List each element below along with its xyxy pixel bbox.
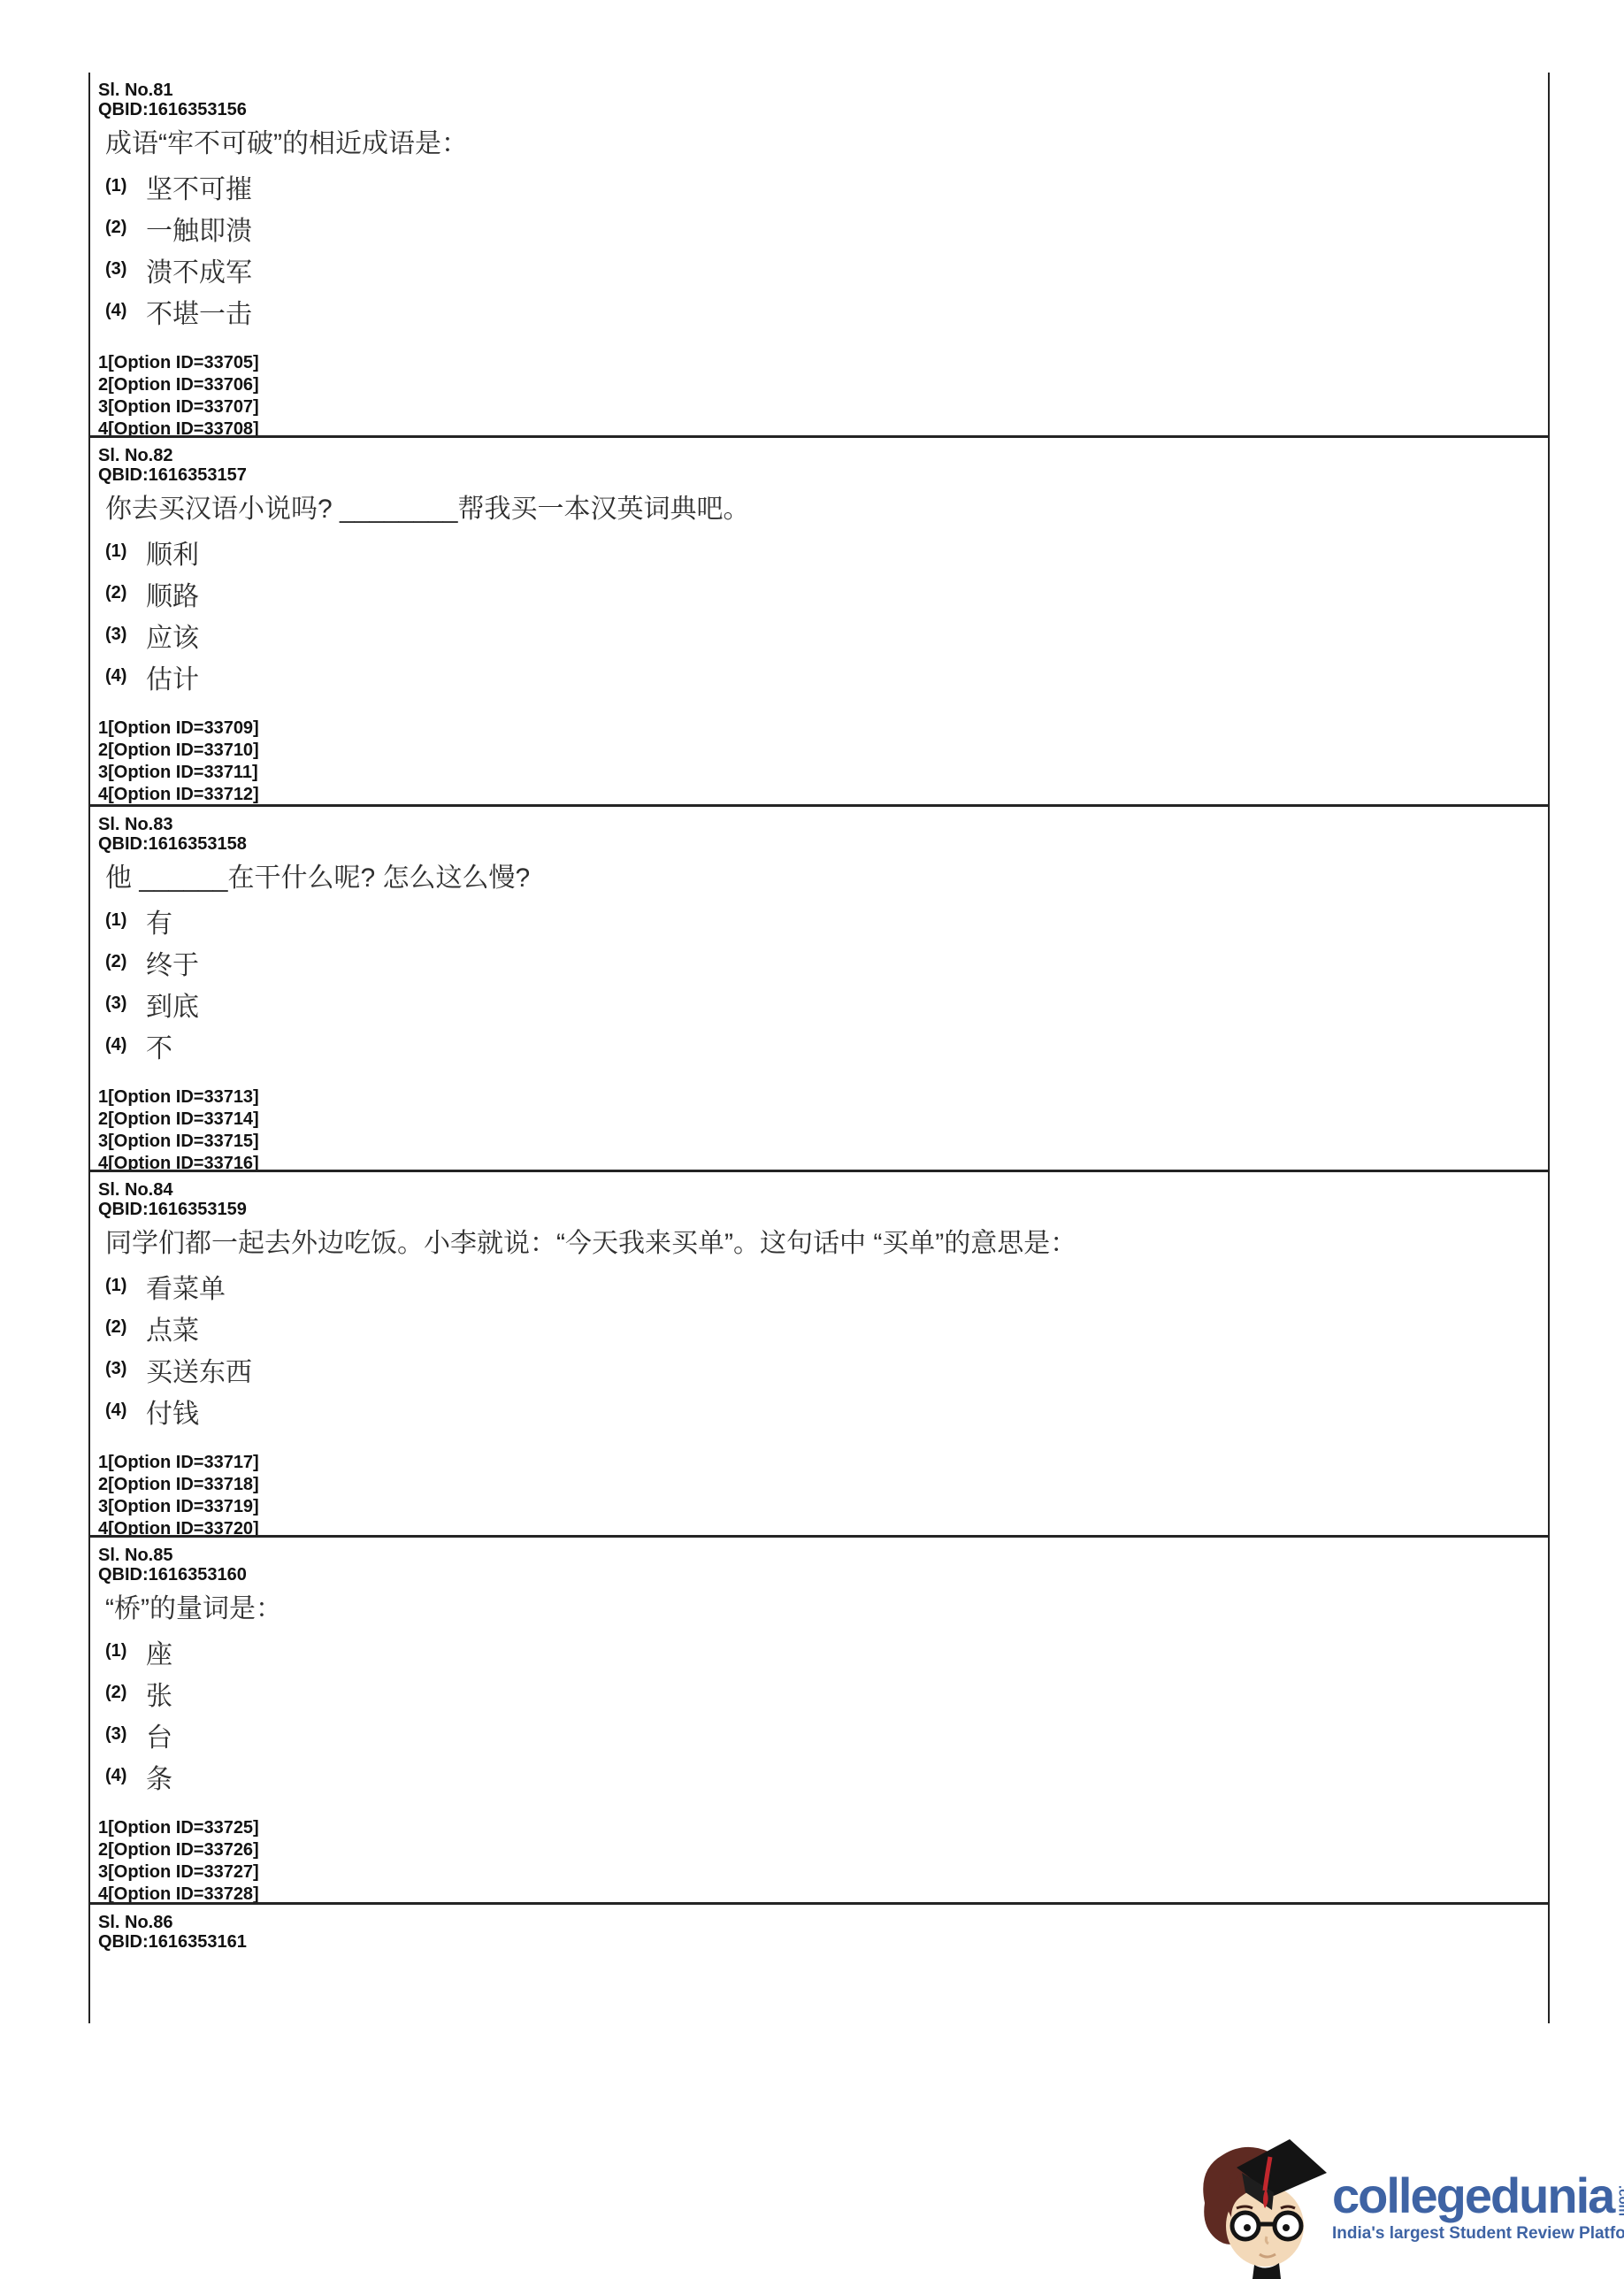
logo-text: collegedunia .com India's largest Studen… bbox=[1332, 2173, 1624, 2244]
options-list: (1)座 (2)张 (3)台 (4)条 bbox=[98, 1631, 1539, 1797]
brand-tld: .com bbox=[1615, 2185, 1624, 2216]
option-number: (4) bbox=[105, 666, 146, 687]
option-id: 4[Option ID=33728] bbox=[98, 1884, 1539, 1905]
option-number: (1) bbox=[105, 1641, 146, 1661]
serial-number: Sl. No.86 bbox=[98, 1913, 1539, 1932]
option-text: 付钱 bbox=[146, 1392, 199, 1431]
option-1: (1)坚不可摧 bbox=[98, 165, 1539, 207]
option-number: (3) bbox=[105, 259, 146, 280]
question-block-86: Sl. No.86 QBID:1616353161 bbox=[88, 1905, 1550, 2023]
option-id-list: 1[Option ID=33725] 2[Option ID=33726] 3[… bbox=[98, 1817, 1539, 1905]
question-text: “桥”的量词是： bbox=[98, 1594, 1539, 1624]
option-number: (3) bbox=[105, 994, 146, 1014]
option-1: (1)有 bbox=[98, 900, 1539, 941]
option-3: (3)台 bbox=[98, 1714, 1539, 1755]
option-number: (3) bbox=[105, 1724, 146, 1745]
question-table: Sl. No.81 QBID:1616353156 成语“牢不可破”的相近成语是… bbox=[88, 73, 1550, 2023]
option-id: 1[Option ID=33709] bbox=[98, 717, 1539, 740]
option-text: 条 bbox=[146, 1757, 172, 1796]
option-text: 座 bbox=[146, 1632, 172, 1671]
option-id: 2[Option ID=33710] bbox=[98, 740, 1539, 762]
option-id: 3[Option ID=33711] bbox=[98, 762, 1539, 784]
brand-name: collegedunia bbox=[1332, 2173, 1613, 2219]
option-id-list: 1[Option ID=33705] 2[Option ID=33706] 3[… bbox=[98, 352, 1539, 438]
serial-number: Sl. No.82 bbox=[98, 446, 1539, 465]
option-4: (4)不堪一击 bbox=[98, 290, 1539, 332]
option-text: 终于 bbox=[146, 943, 199, 982]
option-3: (3)买送东西 bbox=[98, 1348, 1539, 1390]
question-block-85: Sl. No.85 QBID:1616353160 “桥”的量词是： (1)座 … bbox=[88, 1538, 1550, 1905]
option-3: (3)到底 bbox=[98, 983, 1539, 1024]
option-1: (1)座 bbox=[98, 1631, 1539, 1672]
option-2: (2)终于 bbox=[98, 941, 1539, 983]
option-id: 1[Option ID=33717] bbox=[98, 1452, 1539, 1474]
option-id: 1[Option ID=33725] bbox=[98, 1817, 1539, 1839]
option-id: 2[Option ID=33714] bbox=[98, 1109, 1539, 1131]
option-text: 有 bbox=[146, 902, 172, 940]
option-id: 3[Option ID=33727] bbox=[98, 1861, 1539, 1884]
option-number: (3) bbox=[105, 625, 146, 645]
option-number: (3) bbox=[105, 1359, 146, 1379]
option-id: 1[Option ID=33713] bbox=[98, 1086, 1539, 1109]
serial-number: Sl. No.83 bbox=[98, 815, 1539, 834]
option-number: (4) bbox=[105, 1766, 146, 1786]
option-id: 2[Option ID=33718] bbox=[98, 1474, 1539, 1496]
option-number: (4) bbox=[105, 1035, 146, 1055]
option-number: (1) bbox=[105, 176, 146, 196]
serial-number: Sl. No.84 bbox=[98, 1180, 1539, 1200]
question-text: 同学们都一起去外边吃饭。小李就说：“今天我来买单”。这句话中 “买单”的意思是： bbox=[98, 1229, 1539, 1259]
option-number: (2) bbox=[105, 1317, 146, 1338]
option-id: 4[Option ID=33712] bbox=[98, 784, 1539, 806]
option-text: 点菜 bbox=[146, 1308, 199, 1347]
option-3: (3)应该 bbox=[98, 614, 1539, 656]
question-bank-id: QBID:1616353159 bbox=[98, 1200, 1539, 1219]
option-text: 不堪一击 bbox=[146, 292, 252, 331]
option-number: (2) bbox=[105, 952, 146, 972]
option-4: (4)不 bbox=[98, 1024, 1539, 1066]
graduate-boy-mascot-icon bbox=[1196, 2134, 1329, 2279]
question-bank-id: QBID:1616353161 bbox=[98, 1932, 1539, 1952]
question-bank-id: QBID:1616353157 bbox=[98, 465, 1539, 485]
option-4: (4)条 bbox=[98, 1755, 1539, 1797]
option-id-list: 1[Option ID=33713] 2[Option ID=33714] 3[… bbox=[98, 1086, 1539, 1172]
option-2: (2)点菜 bbox=[98, 1307, 1539, 1348]
question-text: 你去买汉语小说吗? ________帮我买一本汉英词典吧。 bbox=[98, 495, 1539, 525]
serial-number: Sl. No.85 bbox=[98, 1546, 1539, 1565]
option-id: 3[Option ID=33719] bbox=[98, 1496, 1539, 1518]
option-4: (4)付钱 bbox=[98, 1390, 1539, 1431]
options-list: (1)看菜单 (2)点菜 (3)买送东西 (4)付钱 bbox=[98, 1265, 1539, 1431]
question-text: 他 ______在干什么呢? 怎么这么慢? bbox=[98, 863, 1539, 894]
option-id-list: 1[Option ID=33717] 2[Option ID=33718] 3[… bbox=[98, 1452, 1539, 1538]
option-id: 3[Option ID=33707] bbox=[98, 396, 1539, 418]
option-id: 2[Option ID=33706] bbox=[98, 374, 1539, 396]
option-text: 应该 bbox=[146, 616, 199, 655]
option-number: (1) bbox=[105, 541, 146, 562]
option-text: 溃不成军 bbox=[146, 250, 252, 289]
option-1: (1)顺利 bbox=[98, 531, 1539, 572]
option-text: 不 bbox=[146, 1026, 172, 1065]
option-id: 4[Option ID=33716] bbox=[98, 1153, 1539, 1172]
option-text: 顺利 bbox=[146, 533, 199, 572]
option-1: (1)看菜单 bbox=[98, 1265, 1539, 1307]
option-text: 看菜单 bbox=[146, 1267, 226, 1306]
question-block-81: Sl. No.81 QBID:1616353156 成语“牢不可破”的相近成语是… bbox=[88, 73, 1550, 438]
brand-tagline: India's largest Student Review Platform bbox=[1332, 2224, 1624, 2244]
option-id: 3[Option ID=33715] bbox=[98, 1131, 1539, 1153]
options-list: (1)顺利 (2)顺路 (3)应该 (4)估计 bbox=[98, 531, 1539, 697]
option-id: 4[Option ID=33708] bbox=[98, 418, 1539, 438]
option-id: 1[Option ID=33705] bbox=[98, 352, 1539, 374]
option-id-list: 1[Option ID=33709] 2[Option ID=33710] 3[… bbox=[98, 717, 1539, 806]
option-number: (1) bbox=[105, 1276, 146, 1296]
option-text: 张 bbox=[146, 1674, 172, 1713]
option-text: 台 bbox=[146, 1715, 172, 1754]
question-bank-id: QBID:1616353160 bbox=[98, 1565, 1539, 1585]
question-bank-id: QBID:1616353158 bbox=[98, 834, 1539, 854]
option-text: 估计 bbox=[146, 657, 199, 696]
option-text: 坚不可摧 bbox=[146, 167, 252, 206]
option-text: 顺路 bbox=[146, 574, 199, 613]
option-2: (2)一触即溃 bbox=[98, 207, 1539, 249]
option-id: 2[Option ID=33726] bbox=[98, 1839, 1539, 1861]
option-2: (2)顺路 bbox=[98, 572, 1539, 614]
option-2: (2)张 bbox=[98, 1672, 1539, 1714]
option-number: (2) bbox=[105, 218, 146, 238]
serial-number: Sl. No.81 bbox=[98, 81, 1539, 100]
question-text: 成语“牢不可破”的相近成语是： bbox=[98, 129, 1539, 159]
option-number: (1) bbox=[105, 910, 146, 931]
option-number: (2) bbox=[105, 1683, 146, 1703]
option-id: 4[Option ID=33720] bbox=[98, 1518, 1539, 1538]
option-text: 到底 bbox=[146, 985, 199, 1024]
option-3: (3)溃不成军 bbox=[98, 249, 1539, 290]
option-number: (4) bbox=[105, 1400, 146, 1421]
question-bank-id: QBID:1616353156 bbox=[98, 100, 1539, 119]
options-list: (1)有 (2)终于 (3)到底 (4)不 bbox=[98, 900, 1539, 1066]
question-block-83: Sl. No.83 QBID:1616353158 他 ______在干什么呢?… bbox=[88, 807, 1550, 1172]
question-block-82: Sl. No.82 QBID:1616353157 你去买汉语小说吗? ____… bbox=[88, 438, 1550, 807]
option-text: 一触即溃 bbox=[146, 209, 252, 248]
question-block-84: Sl. No.84 QBID:1616353159 同学们都一起去外边吃饭。小李… bbox=[88, 1172, 1550, 1538]
option-number: (4) bbox=[105, 301, 146, 321]
collegedunia-logo: collegedunia .com India's largest Studen… bbox=[1196, 2134, 1619, 2279]
option-4: (4)估计 bbox=[98, 656, 1539, 697]
option-number: (2) bbox=[105, 583, 146, 603]
options-list: (1)坚不可摧 (2)一触即溃 (3)溃不成军 (4)不堪一击 bbox=[98, 165, 1539, 332]
option-text: 买送东西 bbox=[146, 1350, 252, 1389]
